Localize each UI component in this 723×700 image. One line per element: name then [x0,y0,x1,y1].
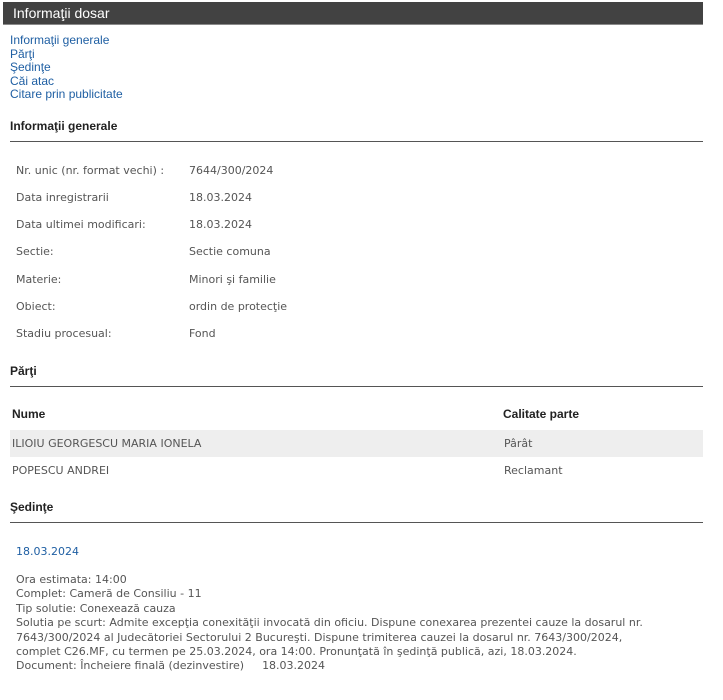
sedinta-date-link[interactable]: 18.03.2024 [16,545,79,558]
table-header: Nume Calitate parte [10,404,703,424]
field-label: Obiect: [16,300,56,313]
column-header-name: Nume [12,407,45,421]
page-header: Informaţii dosar [3,2,703,25]
party-name: ILIOIU GEORGESCU MARIA IONELA [12,437,201,450]
field-label: Sectie: [16,245,54,258]
sedinta-document: Document: Încheiere finală (dezinvestire… [16,659,666,673]
field-value: ordin de protecţie [189,300,287,313]
field-value: 18.03.2024 [189,218,252,231]
party-name: POPESCU ANDREI [12,464,109,477]
section-title: Şedinţe [10,500,53,514]
party-role: Pârât [504,437,532,450]
field-value: 7644/300/2024 [189,164,273,177]
field-label: Data inregistrarii [16,191,109,204]
party-role: Reclamant [504,464,563,477]
section-nav: Informaţii generale Părţi Şedinţe Căi at… [10,34,123,102]
table-row: POPESCU ANDREI Reclamant [10,457,703,484]
sedinta-tip-solutie: Tip solutie: Conexează cauza [16,602,666,616]
section-title: Informaţii generale [10,119,117,133]
field-value: Fond [189,327,216,340]
document-label: Document: Încheiere finală (dezinvestire… [16,659,244,672]
nav-link-parti[interactable]: Părţi [10,48,123,62]
column-header-role: Calitate parte [503,407,579,421]
nav-link-citare[interactable]: Citare prin publicitate [10,88,123,102]
field-label: Data ultimei modificari: [16,218,146,231]
nav-link-sedinte[interactable]: Şedinţe [10,61,123,75]
section-title: Părţi [10,364,37,378]
page-title: Informaţii dosar [13,5,109,21]
sedinta-details: Ora estimata: 14:00 Complet: Cameră de C… [16,573,666,674]
field-label: Materie: [16,273,61,286]
field-value: Minori şi familie [189,273,276,286]
section-heading-general: Informaţii generale [10,119,703,142]
section-heading-parti: Părţi [10,364,703,387]
field-label: Stadiu procesual: [16,327,112,340]
table-row: ILIOIU GEORGESCU MARIA IONELA Pârât [10,430,703,457]
nav-link-informatii-generale[interactable]: Informaţii generale [10,34,123,48]
nav-link-cai-atac[interactable]: Căi atac [10,75,123,89]
section-heading-sedinte: Şedinţe [10,500,703,523]
document-date: 18.03.2024 [262,659,325,672]
sedinta-ora: Ora estimata: 14:00 [16,573,666,587]
field-value: Sectie comuna [189,245,271,258]
sedinta-complet: Complet: Cameră de Consiliu - 11 [16,587,666,601]
field-label: Nr. unic (nr. format vechi) : [16,164,164,177]
field-value: 18.03.2024 [189,191,252,204]
sedinta-solutie: Solutia pe scurt: Admite excepţia conexi… [16,616,666,659]
